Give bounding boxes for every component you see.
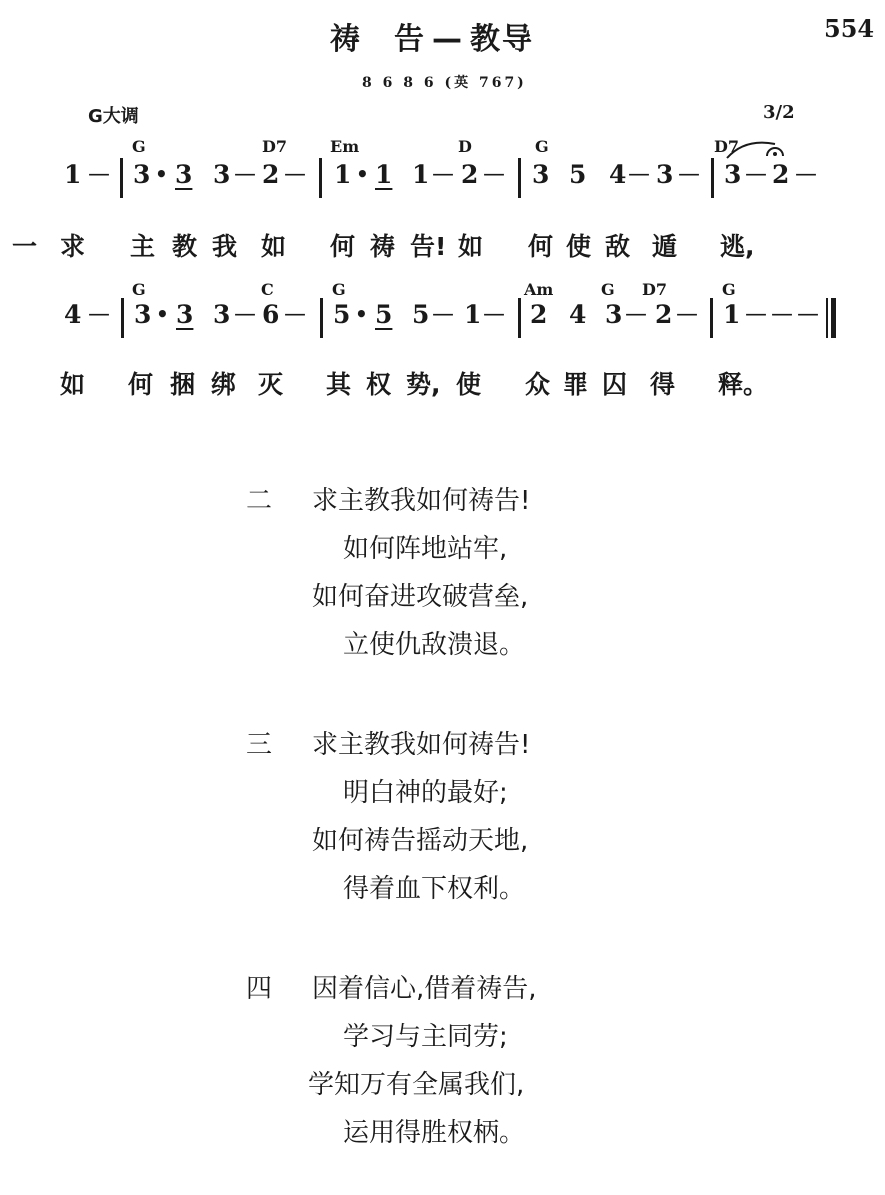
note: 1 (412, 160, 429, 189)
note: 3 (133, 160, 150, 189)
note: 1 (723, 300, 740, 329)
lyric: 主 (130, 227, 155, 263)
lyric: 何 (128, 365, 153, 401)
dot: • (356, 162, 369, 186)
lyric: 教 (172, 227, 197, 263)
lyric: 囚 (602, 365, 627, 401)
chord: G (132, 137, 146, 156)
note: 1 (334, 160, 351, 189)
chord: Em (330, 137, 359, 156)
note-dash: — (745, 302, 767, 327)
verse-line: 因着信心,借着祷告, (312, 968, 537, 1005)
note: 5 (412, 300, 429, 329)
lyric: 如 (60, 365, 85, 401)
lyric: 势, (406, 365, 441, 401)
lyric: 祷 (370, 227, 395, 263)
note: 4 (569, 300, 586, 329)
key-signature: G大调 (88, 102, 139, 128)
note-dash: — (234, 162, 256, 187)
tie-and-fermata-icon (725, 138, 785, 162)
final-barline-thin (826, 298, 828, 338)
verse-line: 立使仇敌溃退。 (343, 624, 525, 661)
lyric: 罪 (563, 365, 588, 401)
lyric: 使 (456, 365, 481, 401)
lyric: 逃, (720, 227, 755, 263)
lyric: 一 (12, 227, 37, 263)
verse-line: 明白神的最好; (343, 772, 508, 809)
note-dash: — (88, 302, 110, 327)
note: 3 (213, 160, 230, 189)
note-dash: — (676, 302, 698, 327)
verse-line: 学知万有全属我们, (308, 1064, 524, 1101)
verse-line: 得着血下权利。 (343, 868, 525, 905)
note: 4 (609, 160, 626, 189)
chord: C (261, 280, 274, 299)
verse-line: 运用得胜权柄。 (343, 1112, 525, 1149)
barline (518, 158, 521, 198)
verse-line: 如何祷告摇动天地, (312, 820, 528, 857)
time-signature: 3/2 (763, 102, 795, 123)
chord: Am (524, 280, 553, 299)
final-barline-thick (831, 298, 836, 338)
note: 2 (530, 300, 547, 329)
barline (710, 298, 713, 338)
note-dash: — (628, 162, 650, 187)
verse-line: 求主教我如何祷告! (312, 724, 530, 761)
note-dash: — (432, 162, 454, 187)
lyric: 告! (410, 227, 446, 263)
lyric: 其 (326, 365, 351, 401)
note: 3 (175, 160, 192, 189)
note-dash: — (284, 302, 306, 327)
chord: D7 (642, 280, 667, 299)
barline (518, 298, 521, 338)
verse-line: 求主教我如何祷告! (312, 480, 530, 517)
note: 2 (772, 160, 789, 189)
note: 3 (724, 160, 741, 189)
note: 5 (333, 300, 350, 329)
chord: G (601, 280, 615, 299)
lyric: 使 (566, 227, 591, 263)
lyric: 灭 (258, 365, 283, 401)
note-dash: — (678, 162, 700, 187)
chord: D (458, 137, 472, 156)
lyric: 何 (528, 227, 553, 263)
barline (120, 158, 123, 198)
note: 1 (375, 160, 392, 189)
lyric: 如 (458, 227, 483, 263)
barline (121, 298, 124, 338)
lyric: 求 (60, 227, 85, 263)
lyric: 如 (261, 227, 286, 263)
verse-number: 四 (246, 968, 272, 1005)
note: 3 (213, 300, 230, 329)
dot: • (155, 162, 168, 186)
note-dash: — (625, 302, 647, 327)
note: 1 (64, 160, 81, 189)
lyric: 释。 (718, 365, 768, 401)
chord: D7 (262, 137, 287, 156)
chord: G (722, 280, 736, 299)
note: 3 (532, 160, 549, 189)
note: 3 (134, 300, 151, 329)
note-dash: — (745, 162, 767, 187)
note: 2 (655, 300, 672, 329)
title-dash: — (432, 22, 464, 57)
lyric: 敌 (605, 227, 630, 263)
lyric: 众 (525, 365, 550, 401)
note-dash: — (432, 302, 454, 327)
note: 4 (64, 300, 81, 329)
lyric: 绑 (211, 365, 236, 401)
note: 3 (656, 160, 673, 189)
note-dash: — (795, 162, 817, 187)
lyric: 遁 (652, 227, 677, 263)
note: 6 (262, 300, 279, 329)
note: 2 (461, 160, 478, 189)
note-dash: — (771, 302, 793, 327)
barline (319, 158, 322, 198)
note: 1 (464, 300, 481, 329)
verse-line: 学习与主同劳; (343, 1016, 508, 1053)
lyric: 得 (650, 365, 675, 401)
note-dash: — (483, 162, 505, 187)
lyric: 何 (330, 227, 355, 263)
dot: • (355, 302, 368, 326)
page-number: 554 (824, 14, 874, 43)
chord: G (132, 280, 146, 299)
lyric: 我 (212, 227, 237, 263)
lyric: 权 (366, 365, 391, 401)
verse-number: 二 (246, 480, 272, 517)
note: 3 (605, 300, 622, 329)
meter-info: 8 6 8 6 (英 767) (362, 72, 527, 92)
barline (711, 158, 714, 198)
note-dash: — (234, 302, 256, 327)
note-dash: — (797, 302, 819, 327)
note: 5 (375, 300, 392, 329)
verse-line: 如何阵地站牢, (343, 528, 507, 565)
note: 5 (569, 160, 586, 189)
chord: G (332, 280, 346, 299)
note: 3 (176, 300, 193, 329)
barline (320, 298, 323, 338)
title-main: 祷 告 (330, 22, 426, 57)
note-dash: — (284, 162, 306, 187)
dot: • (156, 302, 169, 326)
title-sub: 教导 (470, 22, 534, 57)
note-dash: — (483, 302, 505, 327)
lyric: 捆 (170, 365, 195, 401)
chord: G (535, 137, 549, 156)
verse-number: 三 (246, 724, 272, 761)
verse-line: 如何奋进攻破营垒, (312, 576, 528, 613)
note-dash: — (88, 162, 110, 187)
note: 2 (262, 160, 279, 189)
hymn-title: 祷 告—教导 (330, 14, 534, 58)
